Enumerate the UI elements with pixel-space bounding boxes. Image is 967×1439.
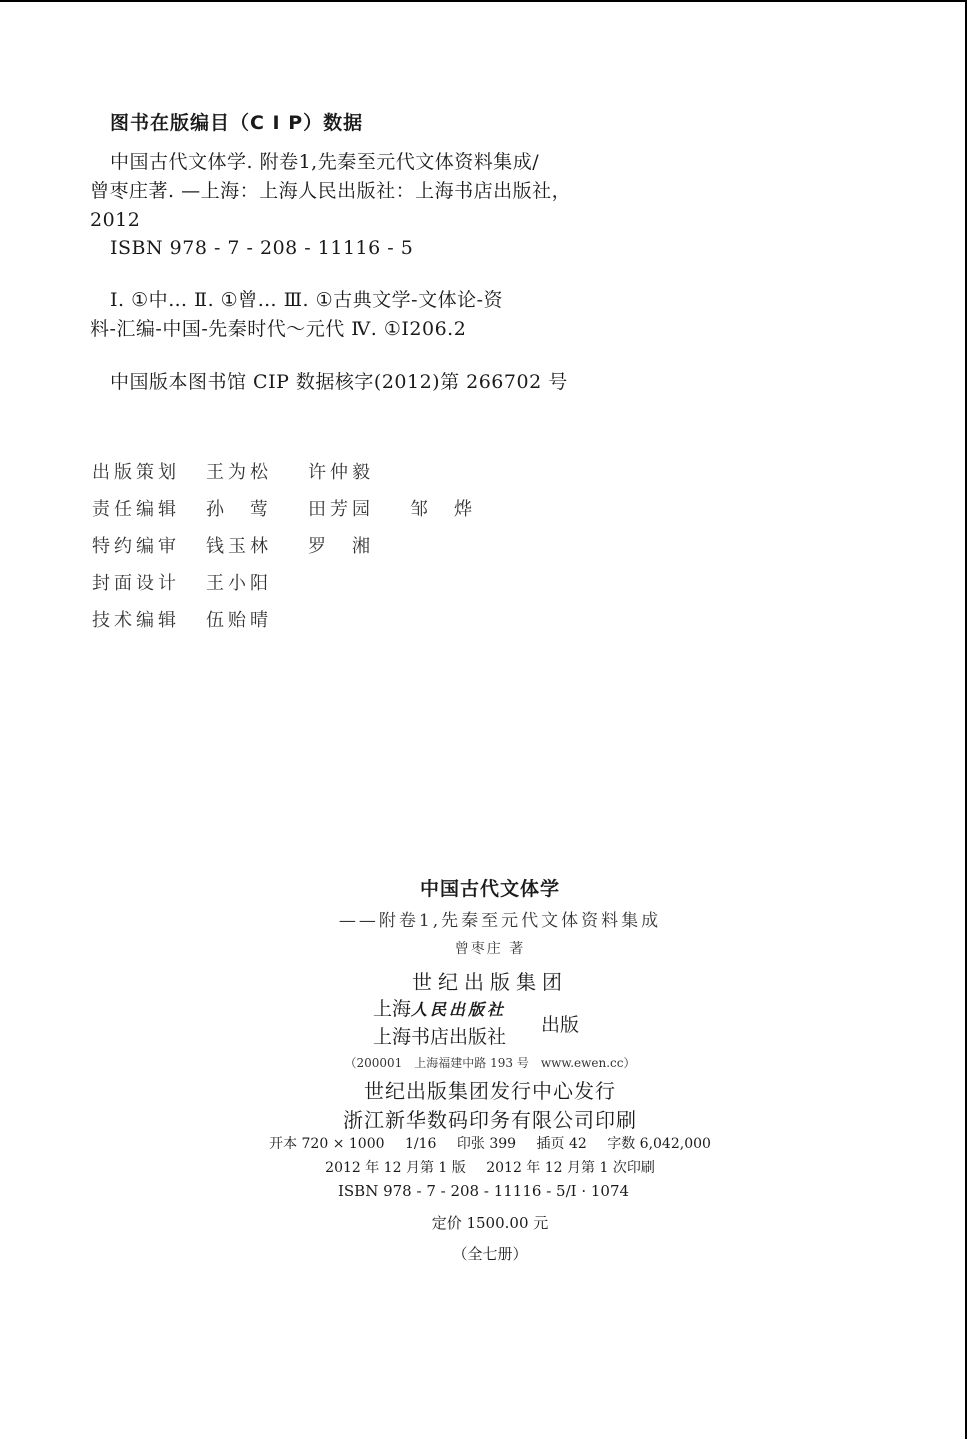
publisher-1-prefix: 上海 [373, 998, 411, 1020]
spec-sheets: 印张 399 [457, 1136, 516, 1152]
credit-name: 王小阳 [206, 569, 272, 595]
credit-role: 特约编审 [92, 532, 206, 558]
imprint-title: 中国古代文体学 [0, 874, 967, 901]
credit-row: 责任编辑 孙 莺 田芳园 邹 烨 [92, 489, 512, 526]
spec-format: 开本 720 × 1000 [269, 1136, 384, 1152]
credit-role: 技术编辑 [92, 606, 206, 632]
cip-line-classification-1: Ⅰ. ①中… Ⅱ. ①曾… Ⅲ. ①古典文学-文体论-资 [110, 286, 503, 315]
cip-line-title: 中国古代文体学. 附卷1,先秦至元代文体资料集成/ [110, 148, 539, 177]
cip-line-author-publisher: 曾枣庄著. —上海：上海人民出版社：上海书店出版社， [90, 177, 571, 206]
credit-row: 出版策划 王为松 许仲毅 [92, 452, 512, 489]
spec-fold: 1/16 [405, 1136, 436, 1152]
credit-name: 邹 烨 [410, 495, 476, 521]
credit-row: 技术编辑 伍贻晴 [92, 600, 512, 637]
imprint-edition: 2012 年 12 月第 1 版 2012 年 12 月第 1 次印刷 [0, 1157, 967, 1177]
imprint-address: （200001 上海福建中路 193 号 www.ewen.cc） [0, 1054, 967, 1071]
credit-role: 封面设计 [92, 569, 206, 595]
imprint-specs: 开本 720 × 1000 1/16 印张 399 插页 42 字数 6,042… [0, 1133, 967, 1153]
credit-role: 责任编辑 [92, 495, 206, 521]
credit-name: 田芳园 [308, 495, 374, 521]
credit-name: 钱玉林 [206, 532, 272, 558]
cip-line-classification-2: 料-汇编-中国-先秦时代～元代 Ⅳ. ①I206.2 [90, 315, 466, 344]
credit-name: 许仲毅 [308, 458, 374, 484]
credit-name: 王为松 [206, 458, 272, 484]
imprint-printer: 浙江新华数码印务有限公司印刷 [0, 1104, 967, 1133]
publisher-1-script-logo: 人民出版社 [411, 1000, 506, 1019]
credit-row: 封面设计 王小阳 [92, 563, 512, 600]
credit-row: 特约编审 钱玉林 罗 湘 [92, 526, 512, 563]
imprint-volumes: （全七册） [0, 1243, 967, 1264]
credit-role: 出版策划 [92, 458, 206, 484]
cip-heading: 图书在版编目（C I P）数据 [110, 108, 363, 135]
cip-line-year: 2012 [90, 206, 140, 235]
credit-name: 孙 莺 [206, 495, 272, 521]
imprint-author: 曾枣庄 著 [0, 938, 967, 958]
imprint-isbn: ISBN 978 - 7 - 208 - 11116 - 5/I · 1074 [0, 1182, 967, 1200]
imprint-distributor: 世纪出版集团发行中心发行 [0, 1075, 967, 1104]
spec-word-count: 字数 6,042,000 [607, 1136, 711, 1152]
credit-name: 罗 湘 [308, 532, 374, 558]
imprint-publishing-group: 世纪出版集团 [0, 966, 967, 995]
spec-plates: 插页 42 [537, 1136, 587, 1152]
credit-name: 伍贻晴 [206, 606, 272, 632]
imprint-publisher-2: 上海书店出版社 [373, 1022, 506, 1049]
imprint-publisher-suffix: 出版 [541, 1010, 579, 1037]
edition-printing: 2012 年 12 月第 1 次印刷 [486, 1160, 655, 1176]
credits-list: 出版策划 王为松 许仲毅 责任编辑 孙 莺 田芳园 邹 烨 特约编审 钱玉林 罗… [92, 452, 512, 637]
edition-first: 2012 年 12 月第 1 版 [325, 1160, 466, 1176]
imprint-price: 定价 1500.00 元 [0, 1212, 967, 1233]
page-border-top [0, 0, 967, 2]
imprint-publisher-1: 上海人民出版社 [373, 994, 506, 1021]
cip-line-isbn: ISBN 978 - 7 - 208 - 11116 - 5 [110, 234, 413, 263]
imprint-subtitle: ——附卷1,先秦至元代文体资料集成 [0, 906, 967, 931]
cip-line-verification-number: 中国版本图书馆 CIP 数据核字(2012)第 266702 号 [110, 368, 568, 397]
